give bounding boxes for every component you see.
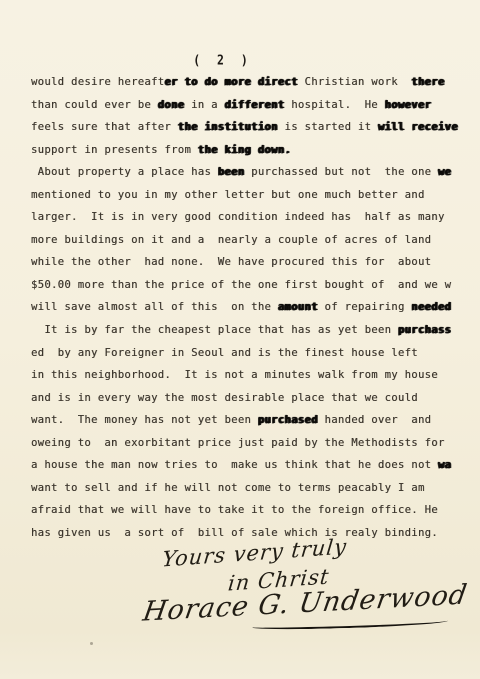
letter-text-segment: a house the man now tries to make us thi…	[31, 459, 438, 471]
page-number: ( 2 )	[178, 52, 268, 68]
letter-line: in this neighborhood. It is not a minute…	[31, 364, 461, 387]
overstruck-text-segment: however	[385, 99, 432, 111]
letter-text-segment: would desire hereaft	[31, 76, 164, 88]
letter-body: would desire hereafter to do more direct…	[31, 71, 461, 544]
letter-line: than could ever be done in a different h…	[31, 94, 461, 117]
letter-text-segment: is started it	[278, 121, 378, 133]
letter-line: a house the man now tries to make us thi…	[31, 454, 461, 477]
letter-line: afraid that we will have to take it to t…	[31, 499, 461, 522]
letter-line: About property a place has been purchass…	[31, 161, 461, 184]
letter-text-segment: while the other had none. We have procur…	[31, 256, 431, 268]
letter-line: mentioned to you in my other letter but …	[31, 184, 461, 207]
letter-line: feels sure that after the institution is…	[31, 116, 461, 139]
overstruck-text-segment: amount	[278, 301, 318, 313]
letter-line: more buildings on it and a nearly a coup…	[31, 229, 461, 252]
overstruck-text-segment: purchass	[398, 324, 451, 336]
overstruck-text-segment: direct	[258, 76, 298, 88]
overstruck-text-segment: the king down.	[198, 144, 291, 156]
letter-line: $50.00 more than the price of the one fi…	[31, 274, 461, 297]
letter-text-segment: Christian work	[298, 76, 411, 88]
letter-line: while the other had none. We have procur…	[31, 251, 461, 274]
letter-line: It is by far the cheapest place that has…	[31, 319, 461, 342]
overstruck-text-segment: there	[411, 76, 444, 88]
letter-line: want to sell and if he will not come to …	[31, 477, 461, 500]
letter-text-segment: want to sell and if he will not come to …	[31, 482, 425, 494]
letter-text-segment	[251, 76, 258, 88]
letter-text-segment: afraid that we will have to take it to t…	[31, 504, 438, 516]
letter-line: larger. It is in very good condition ind…	[31, 206, 461, 229]
letter-text-segment: oweing to an exorbitant price just paid …	[31, 437, 445, 449]
letter-line: support in presents from the king down.	[31, 139, 461, 162]
overstruck-text-segment: different	[224, 99, 284, 111]
overstruck-text-segment: purchased	[258, 414, 318, 426]
letter-text-segment: of repairing	[318, 301, 411, 313]
letter-text-segment: has given us a sort of bill of sale whic…	[31, 527, 438, 539]
letter-text-segment: handed over and	[318, 414, 431, 426]
letter-text-segment: About property a place has	[31, 166, 218, 178]
letter-text-segment: larger. It is in very good condition ind…	[31, 211, 445, 223]
letter-text-segment: want. The money has not yet been	[31, 414, 258, 426]
letter-text-segment: hospital. He	[285, 99, 385, 111]
letter-text-segment: and is in every way the most desirable p…	[31, 392, 418, 404]
overstruck-text-segment: we	[438, 166, 451, 178]
letter-text-segment: ed by any Foreigner in Seoul and is the …	[31, 347, 418, 359]
letter-text-segment: in a	[184, 99, 224, 111]
letter-text-segment: will save almost all of this on the	[31, 301, 278, 313]
overstruck-text-segment: needed	[411, 301, 451, 313]
overstruck-text-segment: the institution	[178, 121, 278, 133]
overstruck-text-segment: will receive	[378, 121, 458, 133]
overstruck-text-segment: been	[218, 166, 245, 178]
scan-speck	[90, 642, 93, 645]
letter-text-segment: in this neighborhood. It is not a minute…	[31, 369, 438, 381]
letter-line: want. The money has not yet been purchas…	[31, 409, 461, 432]
letter-line: would desire hereafter to do more direct…	[31, 71, 461, 94]
letter-line: and is in every way the most desirable p…	[31, 387, 461, 410]
letter-text-segment: support in presents from	[31, 144, 198, 156]
letter-text-segment: feels sure that after	[31, 121, 178, 133]
letter-text-segment: more buildings on it and a nearly a coup…	[31, 234, 431, 246]
overstruck-text-segment: done	[158, 99, 185, 111]
overstruck-text-segment: wa	[438, 459, 451, 471]
overstruck-text-segment: er	[164, 76, 177, 88]
letter-text-segment: mentioned to you in my other letter but …	[31, 189, 425, 201]
letter-text-segment: $50.00 more than the price of the one fi…	[31, 279, 451, 291]
overstruck-text-segment: to do more	[184, 76, 251, 88]
letter-text-segment: purchassed but not the one	[245, 166, 438, 178]
scanned-letter-page: ( 2 ) would desire hereafter to do more …	[0, 0, 480, 679]
letter-line: will save almost all of this on the amou…	[31, 296, 461, 319]
letter-text-segment: than could ever be	[31, 99, 158, 111]
letter-line: oweing to an exorbitant price just paid …	[31, 432, 461, 455]
letter-line: ed by any Foreigner in Seoul and is the …	[31, 342, 461, 365]
letter-text-segment: It is by far the cheapest place that has…	[31, 324, 398, 336]
